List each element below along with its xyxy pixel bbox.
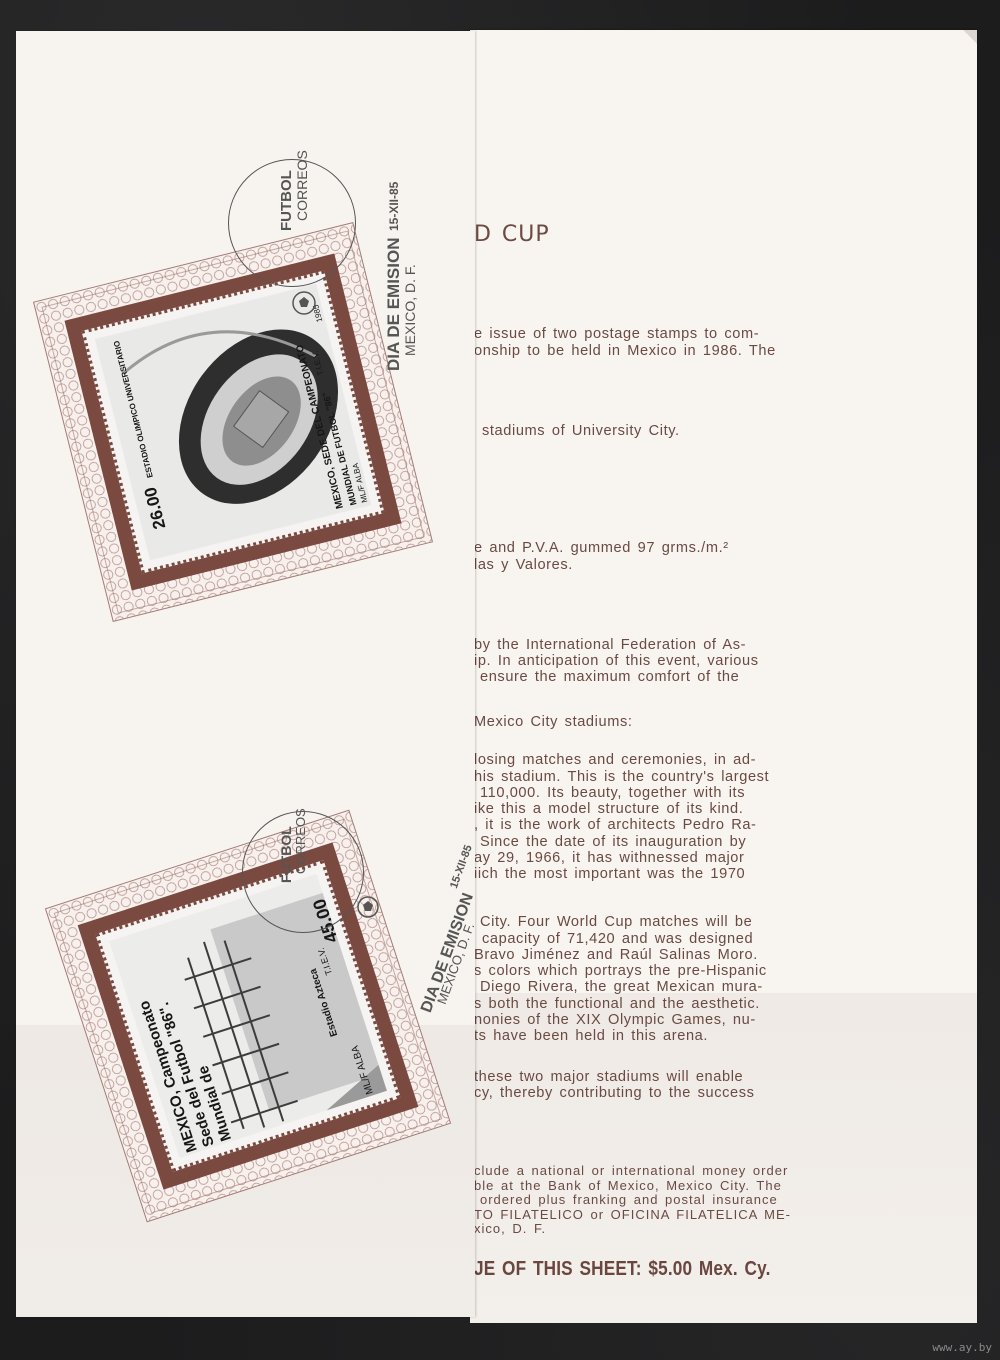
- paragraph-line: iich the most important was the 1970: [474, 866, 745, 882]
- paragraph-line: s both the functional and the aesthetic.: [474, 996, 760, 1012]
- paragraph-line: ensure the maximum comfort of the: [480, 669, 739, 685]
- watermark: www.ay.by: [932, 1341, 992, 1354]
- info-sheet: D CUP e issue of two postage stamps to c…: [470, 30, 977, 1320]
- paragraph-line: his stadium. This is the country's large…: [474, 769, 769, 785]
- paragraph-line: s colors which portrays the pre-Hispanic: [474, 963, 767, 979]
- paragraph-line: ay 29, 1966, it has withnessed major: [474, 850, 744, 866]
- order-line: clude a national or international money …: [474, 1163, 788, 1179]
- paragraph-line: stadiums of University City.: [482, 423, 680, 439]
- paragraph-line: City. Four World Cup matches will be: [480, 914, 752, 930]
- paragraph-line: by the International Federation of As-: [474, 637, 746, 653]
- paragraph-line: Diego Rivera, the great Mexican mura-: [480, 979, 763, 995]
- paragraph-line: capacity of 71,420 and was designed: [482, 931, 753, 947]
- paragraph-line: ts have been held in this arena.: [474, 1028, 708, 1044]
- postmark-city: MEXICO, D. F.: [402, 264, 418, 356]
- paragraph-line: Mexico City stadiums:: [474, 714, 633, 730]
- souvenir-card: 26.00 ESTADIO OLIMPICO UNIVERSITARIO MEX…: [16, 31, 475, 1317]
- postmark-arc-text: CORREOS: [293, 808, 308, 874]
- order-line: xico, D. F.: [474, 1221, 546, 1237]
- football-icon: [284, 283, 324, 323]
- sheet-price: JE OF THIS SHEET: $5.00 Mex. Cy.: [474, 1261, 771, 1277]
- paragraph-line: ike this a model structure of its kind.: [474, 801, 743, 817]
- paragraph-line: , it is the work of architects Pedro Ra-: [474, 817, 757, 833]
- paragraph-line: e and P.V.A. gummed 97 grms./m.²: [474, 540, 729, 556]
- paragraph-line: these two major stadiums will enable: [474, 1069, 743, 1085]
- paragraph-line: cy, thereby contributing to the success: [474, 1085, 755, 1101]
- postmark-arc-text: FUTBOL: [278, 826, 294, 883]
- order-line: ordered plus franking and postal insuran…: [480, 1192, 778, 1208]
- paragraph-line: Since the date of its inauguration by: [480, 834, 746, 850]
- postmark-date: 15-XII-85: [387, 182, 401, 231]
- sheet-title: D CUP: [474, 227, 550, 243]
- paragraph-line: ip. In anticipation of this event, vario…: [474, 653, 759, 669]
- paragraph-line: e issue of two postage stamps to com-: [474, 326, 759, 342]
- paragraph-line: losing matches and ceremonies, in ad-: [474, 752, 756, 768]
- postmark-date: 15-XII-85: [448, 843, 475, 890]
- postmark-arc-text: CORREOS: [294, 150, 310, 221]
- football-icon: [350, 889, 386, 925]
- stamp-image: 26.00 ESTADIO OLIMPICO UNIVERSITARIO MEX…: [95, 284, 371, 560]
- paragraph-line: las y Valores.: [474, 557, 573, 573]
- postmark-arc-text: FUTBOL: [278, 170, 295, 231]
- paragraph-line: nonies of the XIX Olympic Games, nu-: [474, 1012, 756, 1028]
- paragraph-line: Bravo Jiménez and Raúl Salinas Moro.: [474, 947, 758, 963]
- paragraph-line: 110,000. Its beauty, together with its: [480, 785, 745, 801]
- stamp-block-olimpico: 26.00 ESTADIO OLIMPICO UNIVERSITARIO MEX…: [33, 222, 433, 622]
- info-text-column: D CUP e issue of two postage stamps to c…: [470, 30, 977, 1320]
- paragraph-line: onship to be held in Mexico in 1986. The: [474, 343, 776, 359]
- postmark-issue-text: DIA DE EMISION: [384, 238, 404, 372]
